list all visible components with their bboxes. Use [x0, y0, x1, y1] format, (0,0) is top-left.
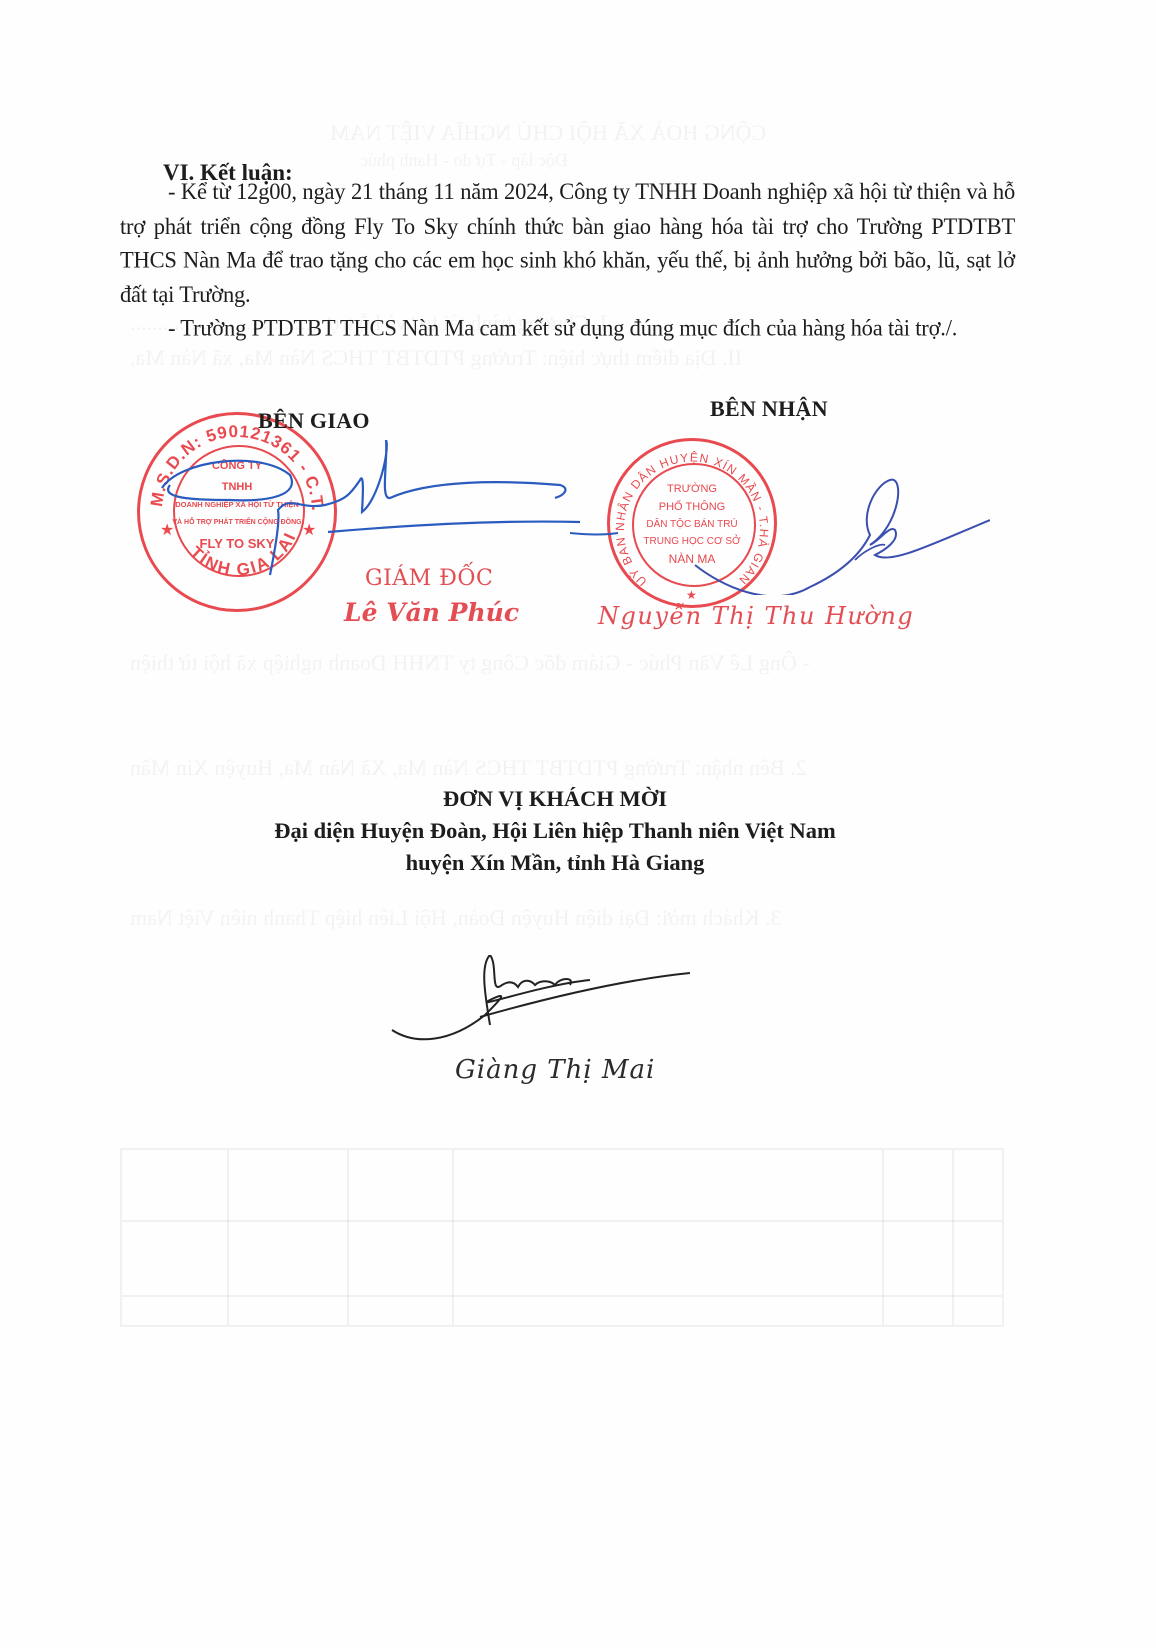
stamp-center-line: FLY TO SKY	[140, 537, 334, 551]
bleed-through-text: - Ông Lê Văn Phúc - Giám đốc Công ty TNH…	[130, 650, 810, 676]
stamp-center-line: TRUNG HỌC CƠ SỞ	[610, 536, 774, 547]
bleed-through-text: CỘNG HOÀ XÃ HỘI CHỦ NGHĨA VIỆT NAM	[330, 120, 766, 146]
guest-block: ĐƠN VỊ KHÁCH MỜI Đại diện Huyện Đoàn, Hộ…	[0, 783, 1110, 879]
guest-signature	[390, 955, 690, 1045]
receiver-name: Nguyễn Thị Thu Hường	[598, 602, 914, 630]
bleed-through-text: 2. Bên nhận: Trường PTDTBT THCS Nàn Ma, …	[130, 755, 807, 781]
giver-name: Lê Văn Phúc	[344, 598, 519, 627]
guest-name: Giàng Thị Mai	[455, 1055, 655, 1085]
stamp-center-line: NÀN MA	[610, 553, 774, 566]
stamp-center-line: TNHH	[140, 481, 334, 493]
guest-subtitle-line1: Đại diện Huyện Đoàn, Hội Liên hiệp Thanh…	[0, 815, 1110, 847]
giver-company-stamp: M.S.D.N: 590121361 - C.T.T.N.H.H TỈNH GI…	[137, 412, 337, 612]
stamp-center-line: CÔNG TY	[140, 460, 334, 472]
document-page: CỘNG HOÀ XÃ HỘI CHỦ NGHĨA VIỆT NAM Độc l…	[0, 0, 1156, 1648]
bleed-through-text: II. Địa điểm thực hiện: Trường PTDTBT TH…	[130, 345, 742, 371]
guest-subtitle-line2: huyện Xín Mần, tỉnh Hà Giang	[0, 847, 1110, 879]
guest-title: ĐƠN VỊ KHÁCH MỜI	[0, 783, 1110, 815]
bleed-through-table	[120, 1148, 1004, 1327]
receiver-school-stamp: UỶ BAN NHÂN DÂN HUYỆN XÍN MẦN - T.HÀ GIA…	[607, 438, 777, 608]
stamp-center-line: TRƯỜNG	[610, 483, 774, 495]
conclusion-paragraph-1: - Kể từ 12g00, ngày 21 tháng 11 năm 2024…	[120, 175, 1015, 312]
stamp-center-line: DOANH NGHIỆP XÃ HỘI TỪ THIỆN	[170, 501, 304, 509]
conclusion-paragraph-2: - Trường PTDTBT THCS Nàn Ma cam kết sử d…	[120, 312, 1015, 346]
stamp-center-line: VÀ HỖ TRỢ PHÁT TRIỂN CỘNG ĐỒNG	[170, 519, 304, 527]
stamp-center-line: DÂN TỘC BÁN TRÚ	[610, 519, 774, 530]
bleed-through-text: Độc lập - Tự do - Hạnh phúc	[360, 150, 568, 171]
giver-position: GIÁM ĐỐC	[365, 566, 493, 591]
receiver-label: BÊN NHẬN	[710, 396, 828, 422]
giver-label: BÊN GIAO	[258, 408, 370, 434]
conclusion-body: - Kể từ 12g00, ngày 21 tháng 11 năm 2024…	[120, 175, 1015, 346]
stamp-center-line: PHỔ THÔNG	[610, 501, 774, 513]
svg-text:★: ★	[686, 588, 697, 602]
bleed-through-text: 3. Khách mời: Đại diện Huyện Đoàn, Hội L…	[130, 905, 782, 931]
